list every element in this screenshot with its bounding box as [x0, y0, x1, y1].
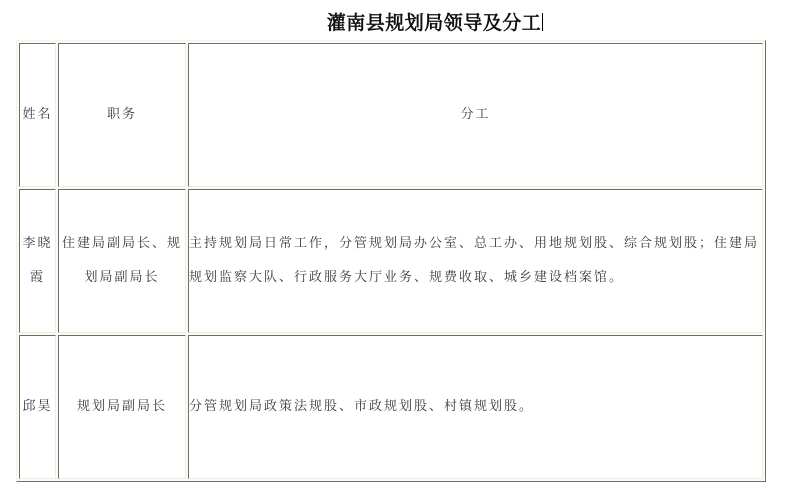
header-duties: 分工	[188, 43, 763, 187]
table-row: 李晓霞 住建局副局长、规划局副局长 主持规划局日常工作，分管规划局办公室、总工办…	[19, 189, 763, 333]
leadership-division-table: 姓名 职务 分工 李晓霞 住建局副局长、规划局副局长 主持规划局日常工作，分管规…	[16, 40, 766, 482]
cell-name: 邱昊	[19, 335, 56, 479]
cell-name: 李晓霞	[19, 189, 56, 333]
page-title-text: 灌南县规划局领导及分工	[327, 12, 542, 34]
cell-position: 规划局副局长	[58, 335, 186, 479]
cell-duties: 主持规划局日常工作，分管规划局办公室、总工办、用地规划股、综合规划股；住建局规划…	[188, 189, 763, 333]
text-cursor	[542, 13, 543, 31]
header-name: 姓名	[19, 43, 56, 187]
page-title: 灌南县规划局领导及分工	[0, 8, 800, 35]
header-position: 职务	[58, 43, 186, 187]
cell-position: 住建局副局长、规划局副局长	[58, 189, 186, 333]
table-header-row: 姓名 职务 分工	[19, 43, 763, 187]
table-row: 邱昊 规划局副局长 分管规划局政策法规股、市政规划股、村镇规划股。	[19, 335, 763, 479]
cell-duties: 分管规划局政策法规股、市政规划股、村镇规划股。	[188, 335, 763, 479]
